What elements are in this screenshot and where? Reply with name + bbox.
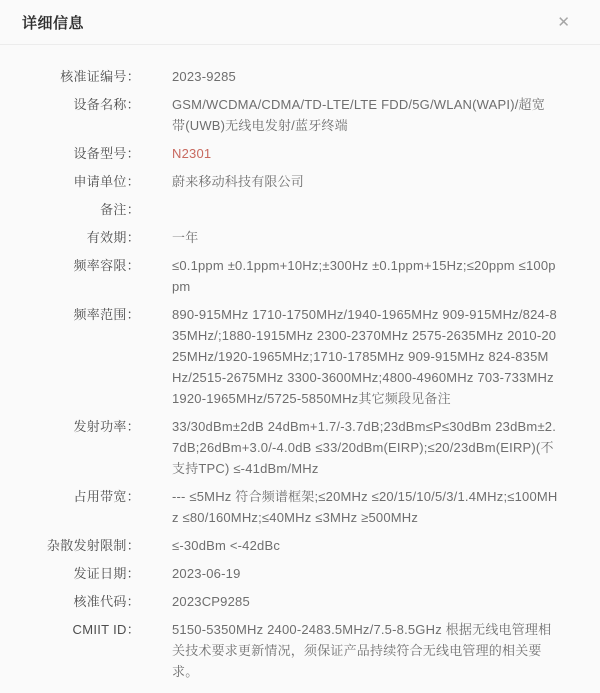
detail-info-modal: 详细信息 ✕ 核准证编号： 2023-9285 设备名称： GSM/WCDMA/… xyxy=(0,0,600,693)
field-row: 频率范围： 890-915MHz 1710-1750MHz/1940-1965M… xyxy=(0,304,600,409)
field-label: 核准证编号： xyxy=(0,66,140,87)
field-value: 2023-9285 xyxy=(172,66,558,87)
field-row: 申请单位： 蔚来移动科技有限公司 xyxy=(0,171,600,192)
field-label: 发射功率： xyxy=(0,416,140,479)
field-value: ≤-30dBm <-42dBc xyxy=(172,535,558,556)
field-value xyxy=(172,199,558,220)
field-label: 申请单位： xyxy=(0,171,140,192)
field-label: 频率范围： xyxy=(0,304,140,409)
field-value: 5150-5350MHz 2400-2483.5MHz/7.5-8.5GHz 根… xyxy=(172,619,558,682)
field-row: 设备名称： GSM/WCDMA/CDMA/TD-LTE/LTE FDD/5G/W… xyxy=(0,94,600,136)
field-row: 频率容限： ≤0.1ppm ±0.1ppm+10Hz;±300Hz ±0.1pp… xyxy=(0,255,600,297)
modal-header: 详细信息 ✕ xyxy=(0,0,600,45)
field-row: 核准证编号： 2023-9285 xyxy=(0,66,600,87)
field-value: GSM/WCDMA/CDMA/TD-LTE/LTE FDD/5G/WLAN(WA… xyxy=(172,94,558,136)
field-label: 占用带宽： xyxy=(0,486,140,528)
field-row: CMIIT ID： 5150-5350MHz 2400-2483.5MHz/7.… xyxy=(0,619,600,682)
field-label: 设备名称： xyxy=(0,94,140,136)
field-row: 占用带宽： --- ≤5MHz 符合频谱框架;≤20MHz ≤20/15/10/… xyxy=(0,486,600,528)
field-value: 2023-06-19 xyxy=(172,563,558,584)
field-value: 2023CP9285 xyxy=(172,591,558,612)
field-label: CMIIT ID： xyxy=(0,619,140,682)
field-label: 设备型号： xyxy=(0,143,140,164)
close-icon[interactable]: ✕ xyxy=(557,15,578,30)
field-row: 备注： xyxy=(0,199,600,220)
fields-list: 核准证编号： 2023-9285 设备名称： GSM/WCDMA/CDMA/TD… xyxy=(0,45,600,682)
field-value: --- ≤5MHz 符合频谱框架;≤20MHz ≤20/15/10/5/3/1.… xyxy=(172,486,558,528)
field-row: 设备型号： N2301 xyxy=(0,143,600,164)
field-value: 890-915MHz 1710-1750MHz/1940-1965MHz 909… xyxy=(172,304,558,409)
field-row: 发证日期： 2023-06-19 xyxy=(0,563,600,584)
field-label: 杂散发射限制： xyxy=(0,535,140,556)
field-label: 有效期： xyxy=(0,227,140,248)
field-label: 频率容限： xyxy=(0,255,140,297)
field-row: 有效期： 一年 xyxy=(0,227,600,248)
field-value: 一年 xyxy=(172,227,558,248)
field-label: 备注： xyxy=(0,199,140,220)
field-row: 杂散发射限制： ≤-30dBm <-42dBc xyxy=(0,535,600,556)
field-value: 33/30dBm±2dB 24dBm+1.7/-3.7dB;23dBm≤P≤30… xyxy=(172,416,558,479)
field-row: 核准代码： 2023CP9285 xyxy=(0,591,600,612)
page-title: 详细信息 xyxy=(22,12,84,33)
field-label: 发证日期： xyxy=(0,563,140,584)
field-value: N2301 xyxy=(172,143,558,164)
field-value: 蔚来移动科技有限公司 xyxy=(172,171,558,192)
field-row: 发射功率： 33/30dBm±2dB 24dBm+1.7/-3.7dB;23dB… xyxy=(0,416,600,479)
field-value: ≤0.1ppm ±0.1ppm+10Hz;±300Hz ±0.1ppm+15Hz… xyxy=(172,255,558,297)
field-label: 核准代码： xyxy=(0,591,140,612)
